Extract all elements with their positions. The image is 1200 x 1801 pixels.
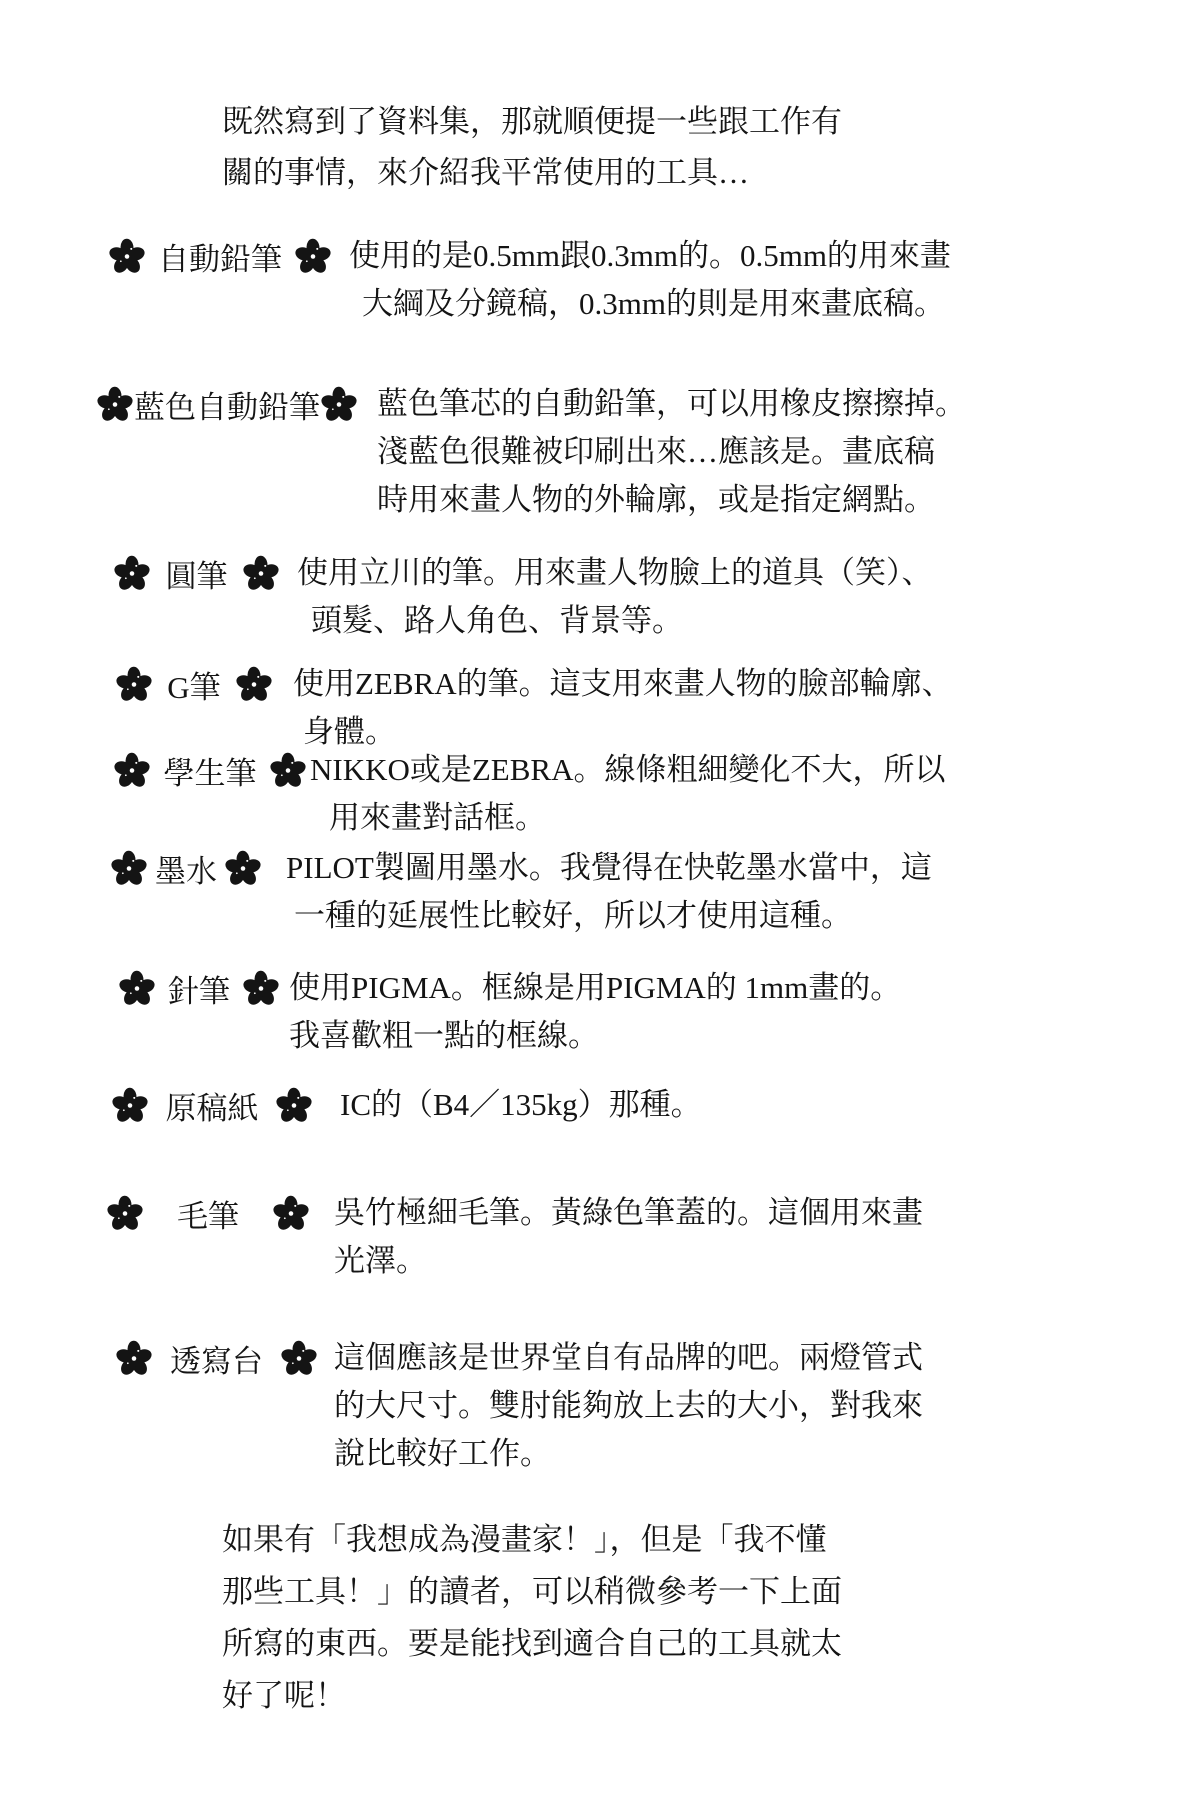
tool-desc-line: PILOT製圖用墨水。我覺得在快乾墨水當中，這 (286, 844, 932, 892)
tool-label: 墨水 (155, 846, 217, 891)
tool-label-wrap: 原稿紙 (111, 1081, 313, 1129)
tool-label: 圓筆 (166, 551, 228, 596)
tool-desc-line: 使用的是0.5mm跟0.3mm的。0.5mm的用來畫 (349, 232, 951, 280)
tool-desc-line: 這個應該是世界堂自有品牌的吧。兩燈管式 (334, 1334, 923, 1382)
flower-icon (115, 1337, 153, 1379)
tool-label-wrap: 毛筆 (106, 1189, 310, 1237)
flower-icon (269, 749, 307, 791)
tool-desc-line: 大綱及分鏡稿，0.3mm的則是用來畫底稿。 (349, 280, 951, 328)
flower-icon (111, 1084, 149, 1126)
flower-icon (320, 383, 358, 425)
outro-line: 所寫的東西。要是能找到適合自己的工具就太 (222, 1618, 842, 1670)
flower-icon (224, 847, 262, 889)
tool-label: 藍色自動鉛筆 (134, 382, 320, 427)
flower-icon (115, 663, 153, 705)
tool-description: PILOT製圖用墨水。我覺得在快乾墨水當中，這 一種的延展性比較好，所以才使用這… (286, 844, 932, 940)
tool-desc-line: 光澤。 (334, 1237, 923, 1285)
tool-description: 藍色筆芯的自動鉛筆，可以用橡皮擦擦掉。 淺藍色很難被印刷出來…應該是。畫底稿 時… (377, 380, 966, 524)
outro-paragraph: 如果有「我想成為漫畫家！」，但是「我不懂 那些工具！」的讀者，可以稍微參考一下上… (222, 1514, 842, 1722)
tool-desc-line: 藍色筆芯的自動鉛筆，可以用橡皮擦擦掉。 (377, 380, 966, 428)
tool-label-wrap: 藍色自動鉛筆 (96, 380, 358, 428)
flower-icon (242, 552, 280, 594)
flower-icon (108, 235, 146, 277)
intro-paragraph: 既然寫到了資料集，那就順便提一些跟工作有 關的事情，來介紹我平常使用的工具… (222, 96, 842, 198)
manga-notes-page: 既然寫到了資料集，那就順便提一些跟工作有 關的事情，來介紹我平常使用的工具… 自… (0, 0, 1200, 1801)
tool-label-wrap: G筆 (115, 660, 273, 708)
tool-description: 使用的是0.5mm跟0.3mm的。0.5mm的用來畫 大綱及分鏡稿，0.3mm的… (349, 232, 951, 328)
tool-desc-line: 一種的延展性比較好，所以才使用這種。 (286, 892, 932, 940)
tool-label: 學生筆 (164, 748, 257, 793)
tool-desc-line: 使用ZEBRA的筆。這支用來畫人物的臉部輪廓、 (293, 660, 953, 708)
tool-desc-line: 吳竹極細毛筆。黃綠色筆蓋的。這個用來畫 (334, 1189, 923, 1237)
tool-description: 使用PIGMA。框線是用PIGMA的 1mm畫的。 我喜歡粗一點的框線。 (289, 964, 901, 1060)
outro-line: 如果有「我想成為漫畫家！」，但是「我不懂 (222, 1514, 842, 1566)
tool-label: 自動鉛筆 (158, 234, 282, 279)
tool-desc-line: 頭髮、路人角色、背景等。 (297, 597, 933, 645)
flower-icon (294, 235, 332, 277)
tool-desc-line: IC的（B4／135kg）那種。 (340, 1081, 702, 1129)
tool-description: IC的（B4／135kg）那種。 (340, 1081, 702, 1129)
flower-icon (110, 847, 148, 889)
flower-icon (275, 1084, 313, 1126)
flower-icon (113, 552, 151, 594)
tool-description: 這個應該是世界堂自有品牌的吧。兩燈管式 的大尺寸。雙肘能夠放上去的大小，對我來 … (334, 1334, 923, 1478)
intro-line: 既然寫到了資料集，那就順便提一些跟工作有 (222, 96, 842, 147)
tool-label-wrap: 針筆 (118, 964, 280, 1012)
tool-desc-line: 我喜歡粗一點的框線。 (289, 1012, 901, 1060)
tool-label-wrap: 圓筆 (113, 549, 280, 597)
tool-description: 使用ZEBRA的筆。這支用來畫人物的臉部輪廓、 身體。 (293, 660, 953, 756)
tool-desc-line: 使用立川的筆。用來畫人物臉上的道具（笑）、 (297, 549, 933, 597)
tool-description: NIKKO或是ZEBRA。線條粗細變化不大，所以 用來畫對話框。 (310, 746, 945, 842)
tool-label: 毛筆 (177, 1191, 239, 1236)
flower-icon (118, 967, 156, 1009)
tool-desc-line: 說比較好工作。 (334, 1430, 923, 1478)
tool-desc-line: NIKKO或是ZEBRA。線條粗細變化不大，所以 (310, 746, 945, 794)
tool-label-wrap: 自動鉛筆 (108, 232, 332, 280)
flower-icon (280, 1337, 318, 1379)
tool-label-wrap: 學生筆 (113, 746, 307, 794)
tool-desc-line: 使用PIGMA。框線是用PIGMA的 1mm畫的。 (289, 964, 901, 1012)
flower-icon (113, 749, 151, 791)
tool-label: 原稿紙 (166, 1083, 259, 1128)
tool-desc-line: 時用來畫人物的外輪廓，或是指定網點。 (377, 476, 966, 524)
tool-label: G筆 (167, 662, 220, 707)
flower-icon (272, 1192, 310, 1234)
tool-description: 使用立川的筆。用來畫人物臉上的道具（笑）、 頭髮、路人角色、背景等。 (297, 549, 933, 645)
tool-desc-line: 淺藍色很難被印刷出來…應該是。畫底稿 (377, 428, 966, 476)
tool-label-wrap: 透寫台 (115, 1334, 318, 1382)
tool-label: 針筆 (168, 966, 230, 1011)
outro-line: 那些工具！」的讀者，可以稍微參考一下上面 (222, 1566, 842, 1618)
tool-label-wrap: 墨水 (110, 844, 262, 892)
tool-label: 透寫台 (170, 1336, 263, 1381)
intro-line: 關的事情，來介紹我平常使用的工具… (222, 147, 842, 198)
outro-line: 好了呢！ (222, 1670, 842, 1722)
flower-icon (106, 1192, 144, 1234)
flower-icon (235, 663, 273, 705)
tool-desc-line: 的大尺寸。雙肘能夠放上去的大小，對我來 (334, 1382, 923, 1430)
flower-icon (242, 967, 280, 1009)
tool-desc-line: 用來畫對話框。 (310, 794, 945, 842)
tool-description: 吳竹極細毛筆。黃綠色筆蓋的。這個用來畫 光澤。 (334, 1189, 923, 1285)
flower-icon (96, 383, 134, 425)
